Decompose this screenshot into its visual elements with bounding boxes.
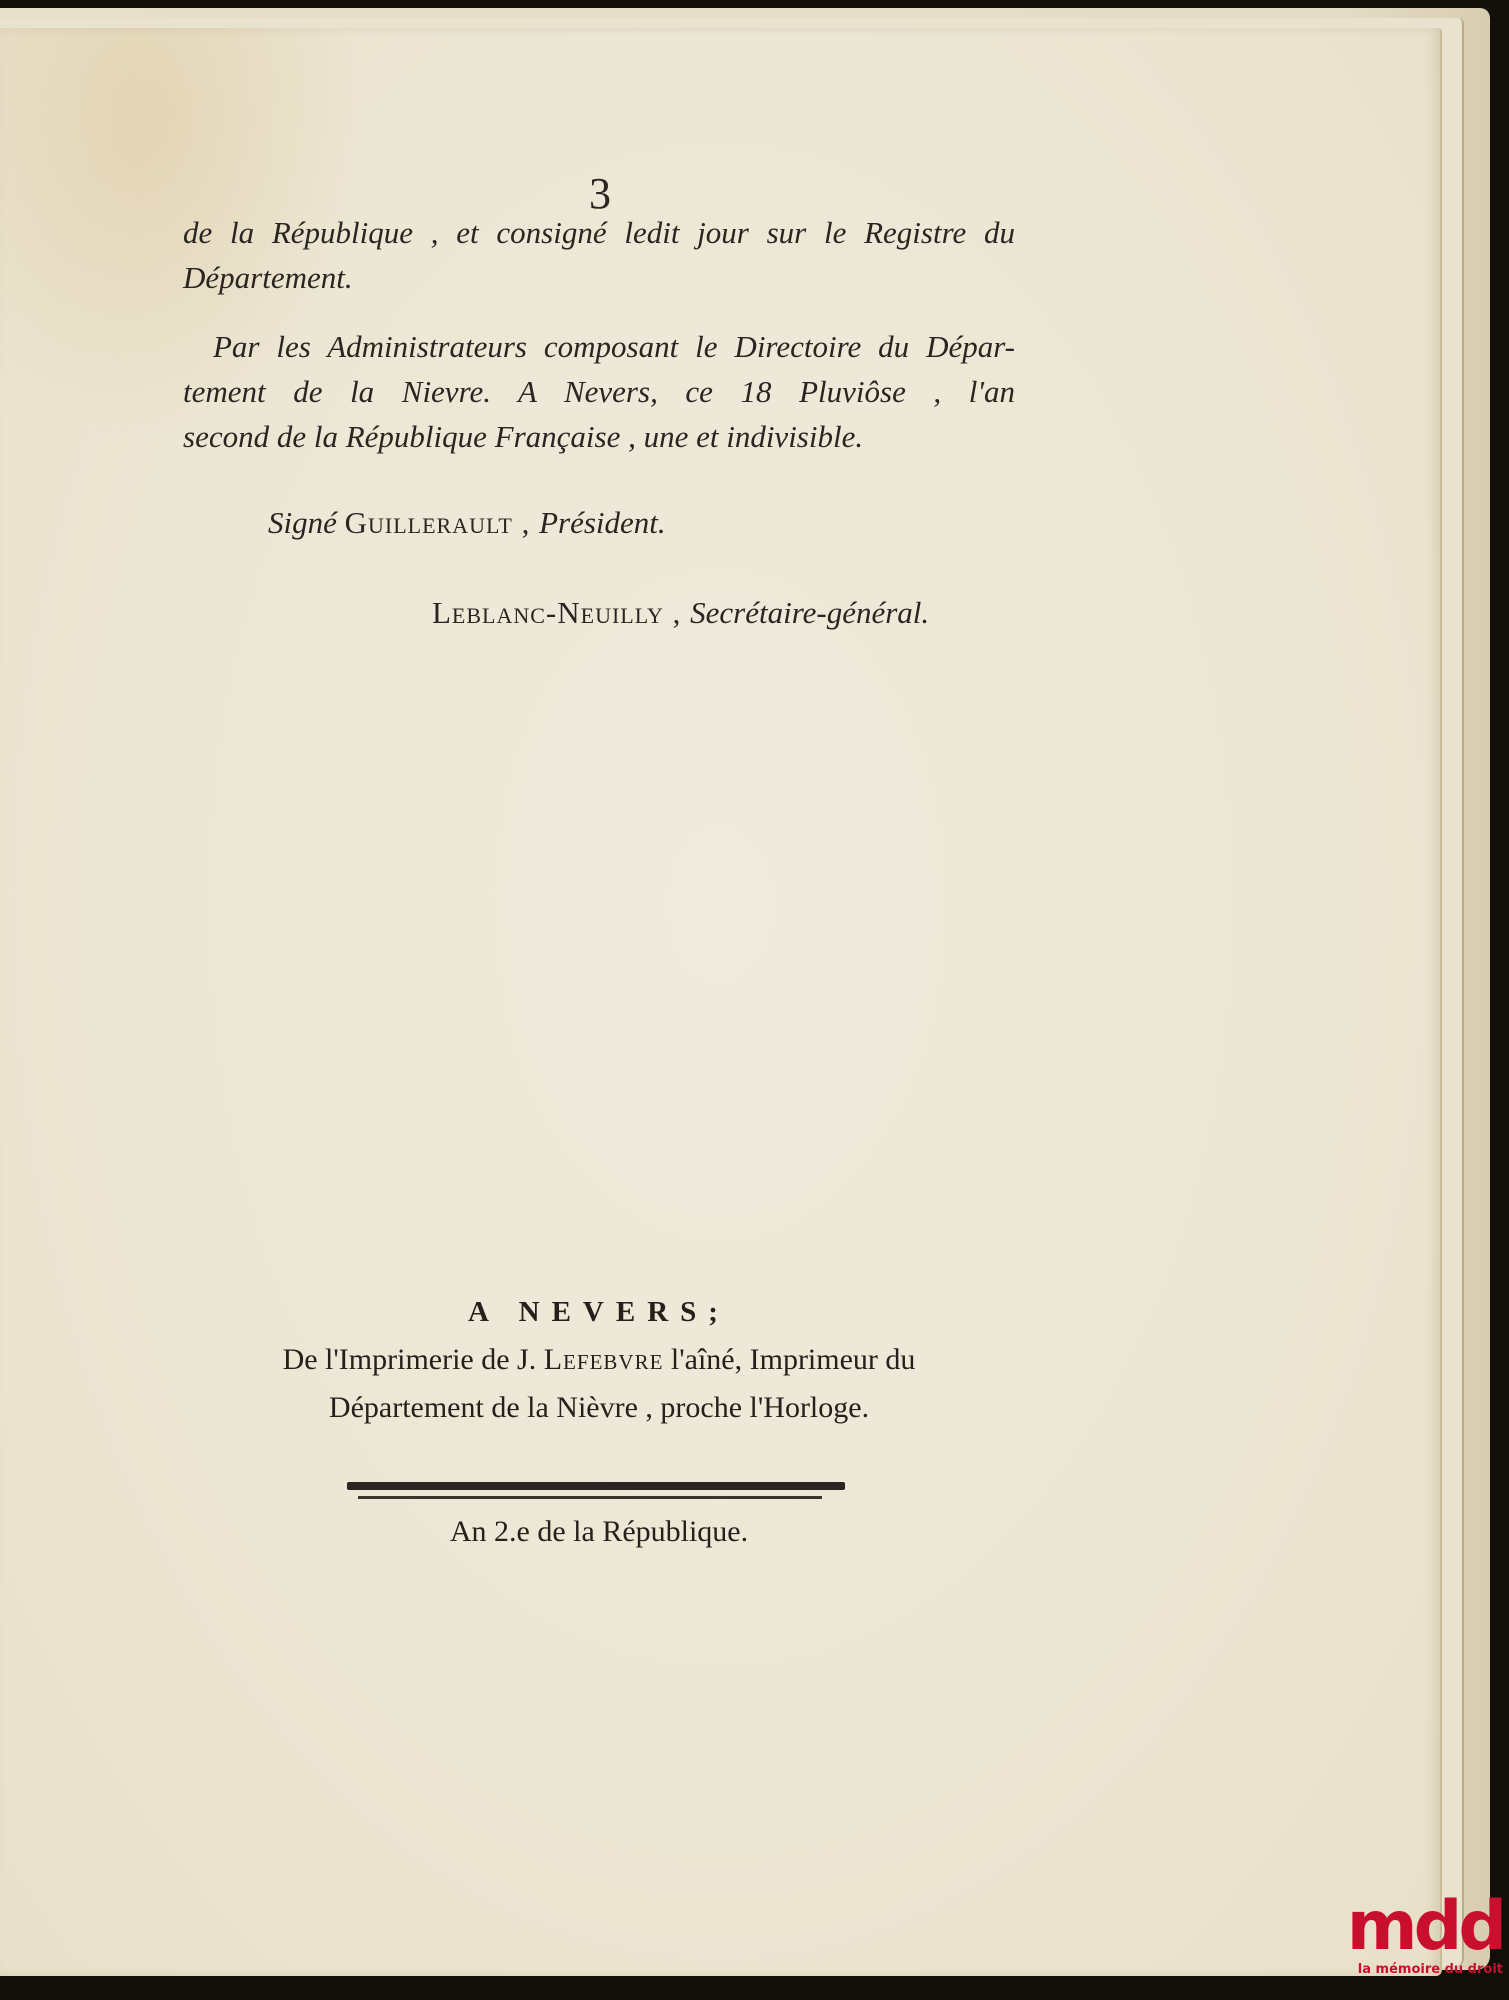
body-line-4: tement de la Nievre. A Nevers, ce 18 Plu… xyxy=(183,372,1015,412)
document-page: 3 de la République , et consigné ledit j… xyxy=(0,28,1442,1976)
imprint-suffix: l'aîné, Imprimeur du xyxy=(663,1343,915,1376)
body-line-5: second de la République Française , une … xyxy=(183,417,1015,457)
imprint-line-1: De l'Imprimerie de J. Lefebvre l'aîné, I… xyxy=(183,1340,1015,1380)
secretary-title: Secrétaire-général. xyxy=(690,595,929,630)
imprint-place: A NEVERS; xyxy=(183,1292,1015,1332)
body-line-3: Par les Administrateurs composant le Dir… xyxy=(213,327,1015,367)
printer-name: Lefebvre xyxy=(544,1343,664,1376)
double-rule-thick xyxy=(347,1482,845,1490)
signed-label: Signé xyxy=(268,505,337,540)
president-name: Guillerault xyxy=(345,505,513,540)
imprint-prefix: De l'Imprimerie de J. xyxy=(283,1343,544,1376)
mdd-logo: mdd la mémoire du droit xyxy=(1343,1898,1503,1977)
imprint-date: An 2.e de la République. xyxy=(183,1512,1015,1552)
secretary-signature: Leblanc-Neuilly , Secrétaire-général. xyxy=(432,593,929,633)
page-number: 3 xyxy=(0,168,1200,219)
body-line-2: Département. xyxy=(183,258,1015,298)
separator: , xyxy=(664,595,690,630)
secretary-name: Leblanc-Neuilly xyxy=(432,595,664,630)
mdd-logo-mark: mdd xyxy=(1343,1898,1503,1956)
president-title: Président. xyxy=(539,505,666,540)
president-signature: Signé Guillerault , Président. xyxy=(268,503,666,543)
mdd-tagline: la mémoire du droit xyxy=(1343,1962,1503,1977)
double-rule-thin xyxy=(358,1496,822,1499)
imprint-line-2: Département de la Nièvre , proche l'Horl… xyxy=(183,1388,1015,1428)
body-line-1: de la République , et consigné ledit jou… xyxy=(183,213,1015,253)
separator: , xyxy=(513,505,539,540)
